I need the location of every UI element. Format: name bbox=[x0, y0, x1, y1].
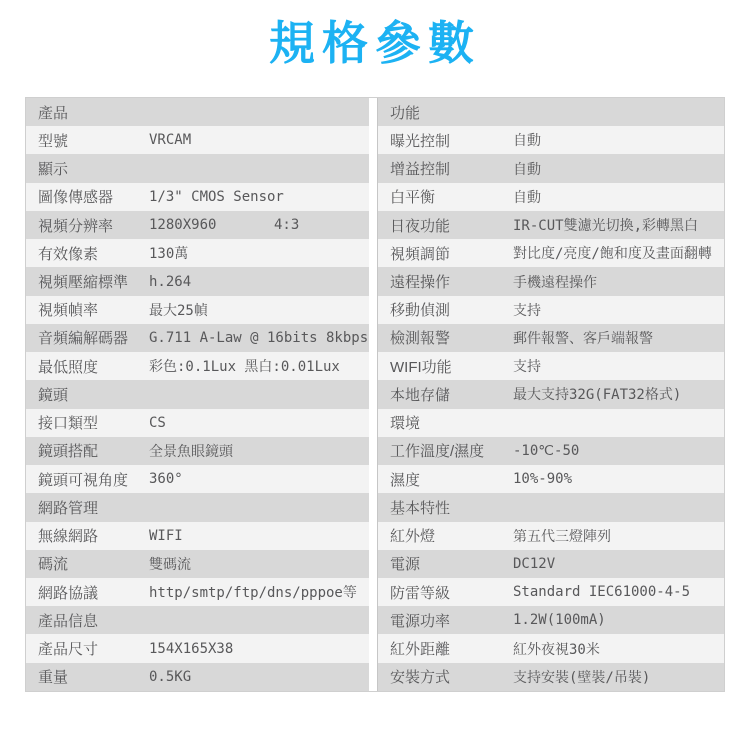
spec-label: 碼流 bbox=[26, 553, 68, 574]
section-title: 顯示 bbox=[26, 158, 68, 179]
spec-value: 自動 bbox=[513, 159, 541, 179]
spec-label: 無線網路 bbox=[26, 525, 98, 546]
section-header-row: 功能 bbox=[378, 98, 724, 126]
spec-label: 移動偵測 bbox=[378, 299, 450, 320]
spec-row: 產品尺寸154X165X38 bbox=[26, 634, 369, 662]
spec-table-right-column: 功能曝光控制自動增益控制自動白平衡自動日夜功能IR-CUT雙濾光切換,彩轉黑白視… bbox=[378, 98, 724, 691]
spec-label: 視頻分辨率 bbox=[26, 215, 113, 236]
spec-value: 支持 bbox=[513, 300, 541, 320]
section-header-row: 產品信息 bbox=[26, 606, 369, 634]
spec-value: 0.5KG bbox=[149, 669, 191, 685]
spec-row: 曝光控制自動 bbox=[378, 126, 724, 154]
spec-row: 工作溫度/濕度-10℃-50 bbox=[378, 437, 724, 465]
spec-label: 白平衡 bbox=[378, 186, 435, 207]
spec-row: 本地存儲最大支持32G(FAT32格式) bbox=[378, 380, 724, 408]
spec-row: 視頻調節對比度/亮度/飽和度及畫面翻轉 bbox=[378, 239, 724, 267]
spec-value: 最大支持32G(FAT32格式) bbox=[513, 384, 681, 404]
spec-label: 網路協議 bbox=[26, 582, 98, 603]
spec-value: 360° bbox=[149, 471, 183, 487]
spec-value: 郵件報警、客戶端報警 bbox=[513, 328, 653, 348]
spec-row: 接口類型CS bbox=[26, 409, 369, 437]
section-title: 環境 bbox=[378, 412, 420, 433]
spec-value: 支持 bbox=[513, 356, 541, 376]
spec-row: 音頻編解碼器G.711 A-Law @ 16bits 8kbps bbox=[26, 324, 369, 352]
spec-row: 圖像傳感器1/3" CMOS Sensor bbox=[26, 183, 369, 211]
spec-value: 彩色:0.1Lux 黑白:0.01Lux bbox=[149, 356, 340, 376]
spec-label: 日夜功能 bbox=[378, 215, 450, 236]
spec-label: 有效像素 bbox=[26, 243, 98, 264]
section-title: 基本特性 bbox=[378, 497, 450, 518]
spec-value: 手機遠程操作 bbox=[513, 272, 597, 292]
spec-value: 130萬 bbox=[149, 243, 188, 263]
spec-row: 鏡頭可視角度360° bbox=[26, 465, 369, 493]
spec-value: 自動 bbox=[513, 187, 541, 207]
spec-label: 鏡頭搭配 bbox=[26, 440, 98, 461]
spec-value: http/smtp/ftp/dns/pppoe等 bbox=[149, 582, 357, 602]
spec-value: Standard IEC61000-4-5 bbox=[513, 584, 690, 600]
spec-label: 曝光控制 bbox=[378, 130, 450, 151]
spec-label: 最低照度 bbox=[26, 356, 98, 377]
spec-label: 濕度 bbox=[378, 469, 420, 490]
spec-value: 154X165X38 bbox=[149, 641, 233, 657]
section-title: 鏡頭 bbox=[26, 384, 68, 405]
spec-value: h.264 bbox=[149, 274, 191, 290]
spec-label: 型號 bbox=[26, 130, 68, 151]
spec-label: WIFI功能 bbox=[378, 356, 452, 377]
spec-row: 重量0.5KG bbox=[26, 663, 369, 691]
section-header-row: 產品 bbox=[26, 98, 369, 126]
spec-label: 視頻壓縮標準 bbox=[26, 271, 128, 292]
spec-label: 接口類型 bbox=[26, 412, 98, 433]
spec-label: 圖像傳感器 bbox=[26, 186, 113, 207]
spec-row: 碼流雙碼流 bbox=[26, 550, 369, 578]
spec-value: 第五代三燈陣列 bbox=[513, 526, 611, 546]
section-title: 網路管理 bbox=[26, 497, 98, 518]
spec-row: 紅外距離紅外夜視30米 bbox=[378, 634, 724, 662]
spec-row: 電源DC12V bbox=[378, 550, 724, 578]
spec-value: 最大25幀 bbox=[149, 300, 208, 320]
spec-label: 工作溫度/濕度 bbox=[378, 440, 484, 461]
spec-value-secondary: 4:3 bbox=[274, 217, 299, 233]
spec-value: CS bbox=[149, 415, 166, 431]
spec-table: 產品型號VRCAM顯示圖像傳感器1/3" CMOS Sensor視頻分辨率128… bbox=[25, 97, 725, 692]
spec-label: 視頻幀率 bbox=[26, 299, 98, 320]
spec-label: 視頻調節 bbox=[378, 243, 450, 264]
spec-label: 遠程操作 bbox=[378, 271, 450, 292]
section-title: 產品 bbox=[26, 102, 68, 123]
spec-value: WIFI bbox=[149, 528, 183, 544]
section-header-row: 環境 bbox=[378, 409, 724, 437]
spec-row: 無線網路WIFI bbox=[26, 522, 369, 550]
spec-row: 日夜功能IR-CUT雙濾光切換,彩轉黑白 bbox=[378, 211, 724, 239]
spec-label: 防雷等級 bbox=[378, 582, 450, 603]
spec-row: 增益控制自動 bbox=[378, 154, 724, 182]
spec-row: 濕度10%-90% bbox=[378, 465, 724, 493]
spec-value: DC12V bbox=[513, 556, 555, 572]
spec-label: 重量 bbox=[26, 666, 68, 687]
section-title: 功能 bbox=[378, 102, 420, 123]
spec-value: 對比度/亮度/飽和度及畫面翻轉 bbox=[513, 243, 712, 263]
section-title: 產品信息 bbox=[26, 610, 98, 631]
spec-row: 安裝方式支持安裝(壁裝/吊裝) bbox=[378, 663, 724, 691]
spec-label: 鏡頭可視角度 bbox=[26, 469, 128, 490]
spec-value: 自動 bbox=[513, 130, 541, 150]
spec-value: -10℃-50 bbox=[513, 443, 579, 459]
spec-row: 型號VRCAM bbox=[26, 126, 369, 154]
spec-row: 紅外燈第五代三燈陣列 bbox=[378, 522, 724, 550]
spec-label: 紅外距離 bbox=[378, 638, 450, 659]
spec-value: VRCAM bbox=[149, 132, 191, 148]
spec-label: 安裝方式 bbox=[378, 666, 450, 687]
spec-table-left-column: 產品型號VRCAM顯示圖像傳感器1/3" CMOS Sensor視頻分辨率128… bbox=[26, 98, 369, 691]
spec-value: 10%-90% bbox=[513, 471, 572, 487]
spec-row: 視頻壓縮標準h.264 bbox=[26, 267, 369, 295]
spec-value: 紅外夜視30米 bbox=[513, 639, 600, 659]
spec-label: 電源 bbox=[378, 553, 420, 574]
spec-label: 本地存儲 bbox=[378, 384, 450, 405]
spec-label: 電源功率 bbox=[378, 610, 450, 631]
spec-row: 檢測報警郵件報警、客戶端報警 bbox=[378, 324, 724, 352]
spec-row: WIFI功能支持 bbox=[378, 352, 724, 380]
spec-row: 防雷等級Standard IEC61000-4-5 bbox=[378, 578, 724, 606]
section-header-row: 鏡頭 bbox=[26, 380, 369, 408]
spec-row: 遠程操作手機遠程操作 bbox=[378, 267, 724, 295]
spec-value: 全景魚眼鏡頭 bbox=[149, 441, 233, 461]
spec-row: 移動偵測支持 bbox=[378, 296, 724, 324]
spec-label: 產品尺寸 bbox=[26, 638, 98, 659]
spec-value: 雙碼流 bbox=[149, 554, 191, 574]
spec-row: 電源功率1.2W(100mA) bbox=[378, 606, 724, 634]
spec-label: 檢測報警 bbox=[378, 327, 450, 348]
spec-value: 1280X960 bbox=[149, 217, 216, 233]
column-divider bbox=[369, 98, 378, 691]
spec-label: 紅外燈 bbox=[378, 525, 435, 546]
spec-row: 視頻幀率最大25幀 bbox=[26, 296, 369, 324]
spec-row: 網路協議http/smtp/ftp/dns/pppoe等 bbox=[26, 578, 369, 606]
spec-page: 規格參數 產品型號VRCAM顯示圖像傳感器1/3" CMOS Sensor視頻分… bbox=[0, 0, 750, 750]
spec-value: 1.2W(100mA) bbox=[513, 612, 606, 628]
section-header-row: 網路管理 bbox=[26, 493, 369, 521]
page-title: 規格參數 bbox=[0, 16, 750, 70]
spec-row: 視頻分辨率1280X9604:3 bbox=[26, 211, 369, 239]
spec-value: IR-CUT雙濾光切換,彩轉黑白 bbox=[513, 215, 698, 235]
spec-row: 有效像素130萬 bbox=[26, 239, 369, 267]
spec-row: 最低照度彩色:0.1Lux 黑白:0.01Lux bbox=[26, 352, 369, 380]
section-header-row: 基本特性 bbox=[378, 493, 724, 521]
spec-value: 1/3" CMOS Sensor bbox=[149, 189, 284, 205]
spec-value: 支持安裝(壁裝/吊裝) bbox=[513, 667, 650, 687]
spec-row: 鏡頭搭配全景魚眼鏡頭 bbox=[26, 437, 369, 465]
section-header-row: 顯示 bbox=[26, 154, 369, 182]
spec-label: 音頻編解碼器 bbox=[26, 327, 128, 348]
spec-value: G.711 A-Law @ 16bits 8kbps bbox=[149, 330, 368, 346]
spec-label: 增益控制 bbox=[378, 158, 450, 179]
spec-row: 白平衡自動 bbox=[378, 183, 724, 211]
